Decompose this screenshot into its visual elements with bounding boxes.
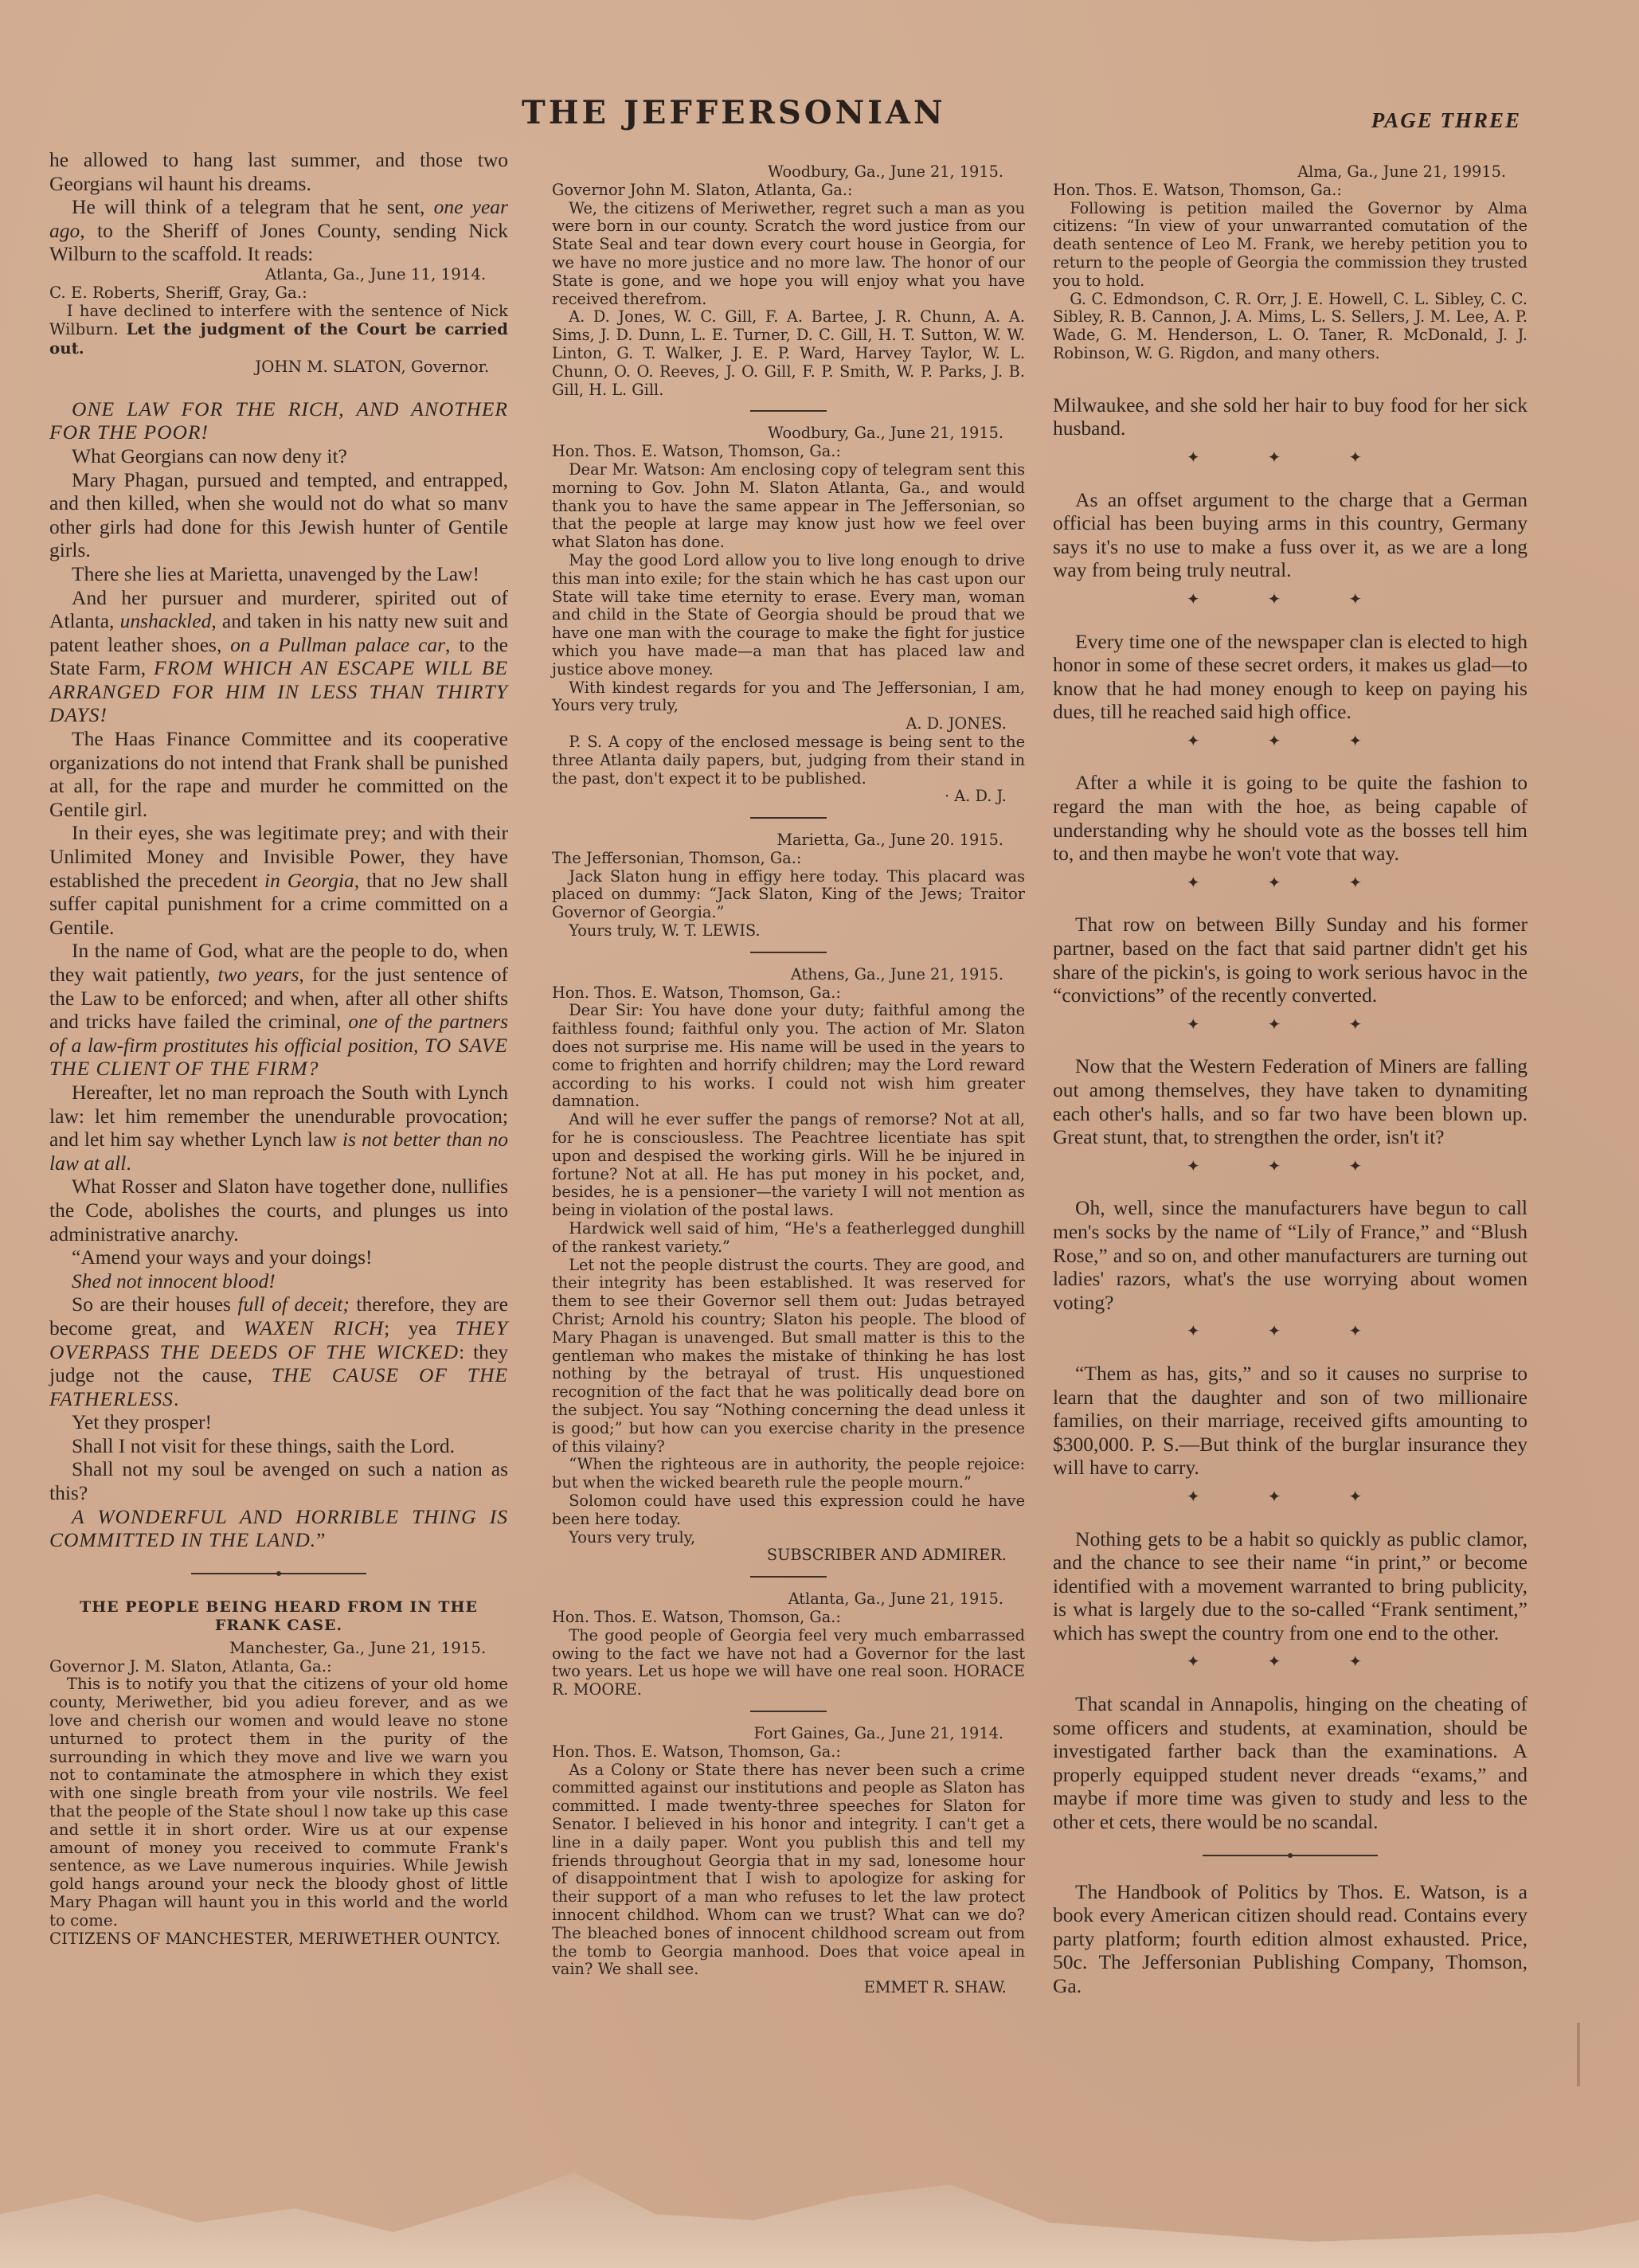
dateline: Atlanta, Ga., June 21, 1915. xyxy=(552,1590,1025,1609)
spacer xyxy=(49,377,508,397)
ink-mark xyxy=(1577,2023,1580,2086)
text-run: . xyxy=(126,1152,131,1175)
paragraph: Shall not my soul be avenged on such a n… xyxy=(49,1457,508,1504)
paragraph: Milwaukee, and she sold her hair to buy … xyxy=(1053,393,1528,440)
salutation: Hon. Thos. E. Watson, Thomson, Ga.: xyxy=(552,1743,1025,1762)
divider xyxy=(750,1576,827,1578)
paragraph: Nothing gets to be a habit so quickly as… xyxy=(1053,1527,1528,1645)
paragraph: Dear Sir: You have done your duty; faith… xyxy=(552,1002,1025,1111)
text-run: ” xyxy=(316,1528,325,1551)
star-separator-icon: ✦ ✦ ✦ xyxy=(1053,589,1528,612)
salutation: Governor John M. Slaton, Atlanta, Ga.: xyxy=(552,182,1025,200)
paragraph: Shall I not visit for these things, sait… xyxy=(49,1434,508,1458)
paragraph: Shed not innocent blood! xyxy=(49,1269,508,1293)
paragraph: Mary Phagan, pursued and tempted, and en… xyxy=(49,468,508,562)
paragraph: So are their houses full of deceit; ther… xyxy=(49,1292,508,1410)
text-run: Now that the Western Federation of Miner… xyxy=(1053,1054,1528,1148)
paragraph: he allowed to hang last summer, and thos… xyxy=(49,148,508,195)
text-run: , to the Sheriff of Jones County, sendin… xyxy=(49,219,508,266)
star-separator-icon: ✦ ✦ ✦ xyxy=(1053,1486,1528,1510)
text-run: Hardwick well said of him, “He's a feath… xyxy=(552,1219,1025,1256)
signature: A. D. JONES. xyxy=(552,715,1025,733)
text-run: G. C. Edmondson, C. R. Orr, J. E. Howell… xyxy=(1053,290,1528,362)
text-run: Shall I not visit for these things, sait… xyxy=(72,1434,455,1457)
text-run: That row on between Billy Sunday and his… xyxy=(1053,913,1528,1007)
paragraph: G. C. Edmondson, C. R. Orr, J. E. Howell… xyxy=(1053,291,1528,363)
text-run: What Georgians can now deny it? xyxy=(72,444,347,467)
paragraph: “Them as has, gits,” and so it causes no… xyxy=(1053,1362,1528,1480)
emphasis-run: unshackled xyxy=(120,609,212,632)
paragraph: Let not the people distrust the courts. … xyxy=(552,1257,1025,1457)
paragraph: Oh, well, since the manufacturers have b… xyxy=(1053,1196,1528,1314)
star-separator-icon: ✦ ✦ ✦ xyxy=(1053,1156,1528,1179)
text-run: ; yea xyxy=(384,1316,455,1339)
text-run: Every time one of the newspaper clan is … xyxy=(1053,630,1528,724)
paragraph: There she lies at Marietta, unavenged by… xyxy=(49,562,508,586)
paragraph: Hardwick well said of him, “He's a feath… xyxy=(552,1220,1025,1257)
emphasis-run: Shed not innocent blood! xyxy=(72,1269,276,1292)
star-separator-icon: ✦ ✦ ✦ xyxy=(1053,447,1528,471)
text-run: May the good Lord allow you to live long… xyxy=(552,551,1025,678)
paragraph: Yet they prosper! xyxy=(49,1410,508,1434)
divider xyxy=(750,1711,827,1712)
star-separator-icon: ✦ ✦ ✦ xyxy=(1053,1320,1528,1344)
divider xyxy=(1203,1855,1378,1856)
emphasis-run: WAXEN RICH xyxy=(244,1316,384,1339)
divider xyxy=(750,817,827,819)
text-run: There she lies at Marietta, unavenged by… xyxy=(72,562,479,585)
divider xyxy=(191,1573,366,1574)
paragraph: And her pursuer and murderer, spirited o… xyxy=(49,586,508,728)
salutation: Hon. Thos. E. Watson, Thomson, Ga.: xyxy=(552,443,1025,461)
text-run: He will think of a telegram that he sent… xyxy=(72,195,434,218)
paragraph: Following is petition mailed the Governo… xyxy=(1053,200,1528,291)
text-run: Jack Slaton hung in effigy here today. T… xyxy=(552,867,1025,922)
alma-letter: Alma, Ga., June 21, 19915.Hon. Thos. E. … xyxy=(1053,163,1528,363)
salutation: C. E. Roberts, Sheriff, Gray, Ga.: xyxy=(49,284,508,303)
text-run: Following is petition mailed the Governo… xyxy=(1053,199,1528,290)
paragraph: In their eyes, she was legitimate prey; … xyxy=(49,821,508,939)
signature: EMMET R. SHAW. xyxy=(552,1979,1025,1997)
paragraph: P. S. A copy of the enclosed message is … xyxy=(552,733,1025,788)
paragraph: Yours very truly, xyxy=(552,1529,1025,1547)
paragraph: Solomon could have used this expression … xyxy=(552,1492,1025,1529)
text-run: With kindest regards for you and The Jef… xyxy=(552,678,1025,715)
paragraph: Every time one of the newspaper clan is … xyxy=(1053,630,1528,724)
paragraph: The good people of Georgia feel very muc… xyxy=(552,1627,1025,1699)
paragraph: “When the righteous are in authority, th… xyxy=(552,1456,1025,1492)
dateline: Alma, Ga., June 21, 19915. xyxy=(1053,163,1528,182)
text-run: Yours very truly, xyxy=(569,1528,695,1547)
paragraph: As a Colony or State there has never bee… xyxy=(552,1762,1025,1980)
signature: SUBSCRIBER AND ADMIRER. xyxy=(552,1547,1025,1565)
paragraph: Jack Slaton hung in effigy here today. T… xyxy=(552,868,1025,922)
dateline: Atlanta, Ga., June 11, 1914. xyxy=(49,266,508,284)
text-run: What Rosser and Slaton have together don… xyxy=(49,1175,508,1245)
paragraph: That row on between Billy Sunday and his… xyxy=(1053,913,1528,1007)
emphasis-run: in Georgia xyxy=(264,869,354,892)
text-run: The good people of Georgia feel very muc… xyxy=(552,1626,1025,1699)
text-run: P. S. A copy of the enclosed message is … xyxy=(552,733,1025,788)
paragraph: And will he ever suffer the pangs of rem… xyxy=(552,1111,1025,1220)
paragraph: The Haas Finance Committee and its coope… xyxy=(49,727,508,821)
text-run: As a Colony or State there has never bee… xyxy=(552,1761,1025,1979)
right-column: Alma, Ga., June 21, 19915.Hon. Thos. E. … xyxy=(1053,163,1528,1998)
salutation: Hon. Thos. E. Watson, Thomson, Ga.: xyxy=(552,984,1025,1003)
text-run: “Amend your ways and your doings! xyxy=(72,1245,372,1269)
paragraph: We, the citizens of Meriwether, regret s… xyxy=(552,200,1025,309)
star-separator-icon: ✦ ✦ ✦ xyxy=(1053,730,1528,754)
star-separator-icon: ✦ ✦ ✦ xyxy=(1053,1014,1528,1038)
paragraph: Hereafter, let no man reproach the South… xyxy=(49,1081,508,1175)
salutation: Hon. Thos. E. Watson, Thomson, Ga.: xyxy=(552,1609,1025,1627)
star-separator-icon: ✦ ✦ ✦ xyxy=(1053,1651,1528,1675)
paragraph: A WONDERFUL AND HORRIBLE THING IS COMMIT… xyxy=(49,1505,508,1552)
paragraph: With kindest regards for you and The Jef… xyxy=(552,679,1025,716)
paragraph: Yours truly, W. T. LEWIS. xyxy=(552,922,1025,940)
newspaper-page: THE JEFFERSONIAN PAGE THREE he allowed t… xyxy=(0,0,1639,2268)
headline: THE PEOPLE BEING HEARD FROM IN THE FRANK… xyxy=(49,1598,508,1635)
paragraph: He will think of a telegram that he sent… xyxy=(49,195,508,266)
text-run: A. D. Jones, W. C. Gill, F. A. Bartee, J… xyxy=(552,307,1025,398)
paragraph: I have declined to interfere with the se… xyxy=(49,303,508,358)
signature: CITIZENS OF MANCHESTER, MERIWETHER OUNTC… xyxy=(49,1930,508,1949)
text-run: Dear Mr. Watson: Am enclosing copy of te… xyxy=(552,460,1025,551)
text-run: The Haas Finance Committee and its coope… xyxy=(49,727,508,821)
paragraph: Now that the Western Federation of Miner… xyxy=(1053,1054,1528,1148)
emphasis-run: on a Pullman palace car xyxy=(230,633,445,656)
paragraph: A. D. Jones, W. C. Gill, F. A. Bartee, J… xyxy=(552,308,1025,399)
text-run: As an offset argument to the charge that… xyxy=(1053,488,1528,582)
salutation: The Jeffersonian, Thomson, Ga.: xyxy=(552,850,1025,868)
text-run: Let not the people distrust the courts. … xyxy=(552,1256,1025,1456)
paragraph: ONE LAW FOR THE RICH, AND ANOTHER FOR TH… xyxy=(49,397,508,444)
divider xyxy=(750,410,827,412)
dateline: Athens, Ga., June 21, 1915. xyxy=(552,966,1025,984)
emphasis-run: ONE LAW FOR THE RICH, AND ANOTHER FOR TH… xyxy=(49,397,508,444)
star-separator-icon: ✦ ✦ ✦ xyxy=(1053,872,1528,896)
text-run: And will he ever suffer the pangs of rem… xyxy=(552,1110,1025,1219)
text-run: We, the citizens of Meriwether, regret s… xyxy=(552,199,1025,308)
paragraph: May the good Lord allow you to live long… xyxy=(552,552,1025,679)
paragraph: What Georgians can now deny it? xyxy=(49,444,508,468)
paragraph: This is to notify you that the citizens … xyxy=(49,1676,508,1930)
dateline: Woodbury, Ga., June 21, 1915. xyxy=(552,424,1025,443)
middle-column: Woodbury, Ga., June 21, 1915.Governor Jo… xyxy=(552,163,1025,1997)
divider xyxy=(750,952,827,953)
left-column: he allowed to hang last summer, and thos… xyxy=(49,148,508,1948)
dateline: Fort Gaines, Ga., June 21, 1914. xyxy=(552,1725,1025,1743)
text-run: Dear Sir: You have done your duty; faith… xyxy=(552,1001,1025,1110)
text-run: Shall not my soul be avenged on such a n… xyxy=(49,1457,508,1504)
paragraph: As an offset argument to the charge that… xyxy=(1053,488,1528,582)
text-run: After a while it is going to be quite th… xyxy=(1053,771,1528,865)
page-number-label: PAGE THREE xyxy=(1371,108,1521,133)
paragraph: Dear Mr. Watson: Am enclosing copy of te… xyxy=(552,461,1025,552)
salutation: Hon. Thos. E. Watson, Thomson, Ga.: xyxy=(1053,182,1528,200)
paragraph: “Amend your ways and your doings! xyxy=(49,1245,508,1269)
paragraph: In the name of God, what are the people … xyxy=(49,939,508,1081)
text-run: “Them as has, gits,” and so it causes no… xyxy=(1053,1362,1528,1479)
paragraph: What Rosser and Slaton have together don… xyxy=(49,1175,508,1245)
dateline: Manchester, Ga., June 21, 1915. xyxy=(49,1640,508,1658)
text-run: This is to notify you that the citizens … xyxy=(49,1675,508,1929)
text-run: he allowed to hang last summer, and thos… xyxy=(49,148,508,195)
text-run: Nothing gets to be a habit so quickly as… xyxy=(1053,1527,1528,1644)
text-run: So are their houses xyxy=(72,1292,237,1316)
paragraph: The Handbook of Politics by Thos. E. Wat… xyxy=(1053,1880,1528,1998)
dateline: Marietta, Ga., June 20. 1915. xyxy=(552,831,1025,850)
masthead-title: THE JEFFERSONIAN xyxy=(522,94,946,131)
emphasis-run: full of deceit; xyxy=(238,1292,350,1316)
text-run: . xyxy=(174,1387,178,1410)
emphasis-run: two years xyxy=(217,963,299,986)
text-run: Oh, well, since the manufacturers have b… xyxy=(1053,1196,1528,1313)
text-run: Yet they prosper! xyxy=(72,1410,212,1433)
editorial-paragraphs: Milwaukee, and she sold her hair to buy … xyxy=(1053,393,1528,1998)
text-run: That scandal in Annapolis, hinging on th… xyxy=(1053,1692,1528,1833)
emphasis-run: A WONDERFUL AND HORRIBLE THING IS COMMIT… xyxy=(49,1505,508,1552)
dateline: Woodbury, Ga., June 21, 1915. xyxy=(552,163,1025,182)
text-run: Yours truly, W. T. LEWIS. xyxy=(569,921,760,940)
signature: JOHN M. SLATON, Governor. xyxy=(49,358,508,377)
text-run: “When the righteous are in authority, th… xyxy=(552,1455,1025,1492)
text-run: The Handbook of Politics by Thos. E. Wat… xyxy=(1053,1880,1528,1997)
paragraph: That scandal in Annapolis, hinging on th… xyxy=(1053,1692,1528,1834)
text-run: Milwaukee, and she sold her hair to buy … xyxy=(1053,393,1528,440)
text-run: Mary Phagan, pursued and tempted, and en… xyxy=(49,468,508,562)
torn-bottom-edge xyxy=(0,2149,1639,2268)
salutation: Governor J. M. Slaton, Atlanta, Ga.: xyxy=(49,1658,508,1676)
signature: · A. D. J. xyxy=(552,788,1025,806)
text-run: Solomon could have used this expression … xyxy=(552,1492,1025,1528)
paragraph: After a while it is going to be quite th… xyxy=(1053,771,1528,865)
